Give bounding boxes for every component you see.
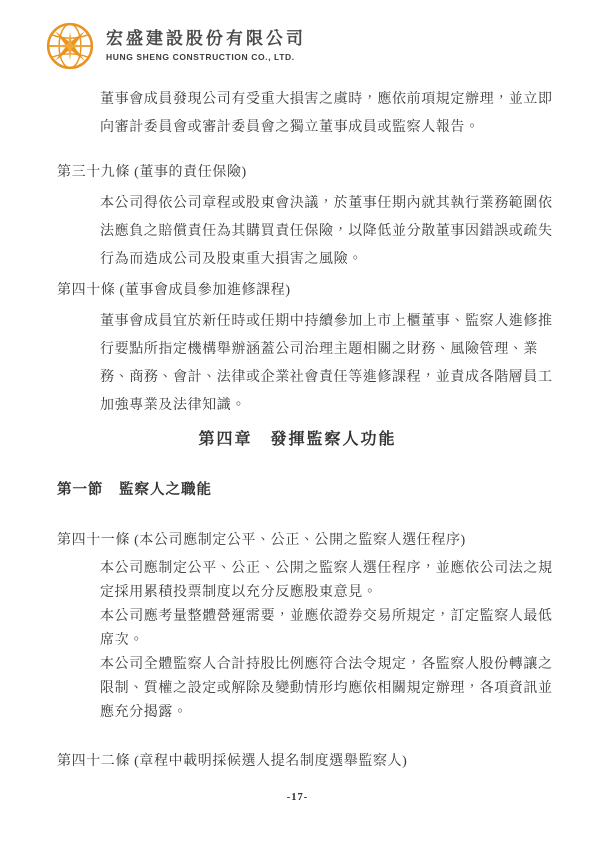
text-line: 應充分揭露。 [100,701,553,725]
article-40-heading: 第四十條 (董事會成員參加進修課程) [57,282,291,300]
document-page: 宏盛建設股份有限公司 HUNG SHENG CONSTRUCTION CO., … [0,0,595,842]
text-line: 董事會成員宜於新任時或任期中持續參加上市上櫃董事、監察人進修推 [100,308,553,336]
text-line: 行要點所指定機構舉辦涵蓋公司治理主題相關之財務、風險管理、業 [100,336,553,364]
text-line: 行為而造成公司及股東重大損害之風險。 [100,246,553,274]
text-line: 席次。 [100,629,553,653]
paragraph-intro: 董事會成員發現公司有受重大損害之虞時，應依前項規定辦理，並立即 向審計委員會或審… [100,86,553,142]
section-title: 第一節 監察人之職能 [57,478,212,499]
text-line: 向審計委員會或審計委員會之獨立董事成員或監察人報告。 [100,114,553,142]
article-41-heading: 第四十一條 (本公司應制定公平、公正、公開之監察人選任程序) [57,532,466,550]
text-line: 務、商務、會計、法律或企業社會責任等進修課程，並責成各階層員工 [100,364,553,392]
article-39-body: 本公司得依公司章程或股東會決議，於董事任期內就其執行業務範圍依 法應負之賠償責任… [100,190,553,274]
article-39-heading: 第三十九條 (董事的責任保險) [57,164,247,182]
text-line: 法應負之賠償責任為其購買責任保險，以降低並分散董事因錯誤或疏失 [100,218,553,246]
article-42-heading: 第四十二條 (章程中載明採候選人提名制度選舉監察人) [57,753,407,771]
page-number: -17- [0,792,595,803]
article-40-body: 董事會成員宜於新任時或任期中持續參加上市上櫃董事、監察人進修推 行要點所指定機構… [100,308,553,420]
text-line: 本公司應考量整體營運需要，並應依證券交易所規定，訂定監察人最低 [100,605,553,629]
text-line: 本公司應制定公平、公正、公開之監察人選任程序，並應依公司法之規 [100,557,553,581]
text-line: 加強專業及法律知識。 [100,392,553,420]
company-name-zh: 宏盛建設股份有限公司 [106,24,306,49]
article-41-body: 本公司應制定公平、公正、公開之監察人選任程序，並應依公司法之規 定採用累積投票制… [100,557,553,725]
chapter-title: 第四章 發揮監察人功能 [0,426,595,449]
text-line: 定採用累積投票制度以充分反應股東意見。 [100,581,553,605]
text-line: 本公司全體監察人合計持股比例應符合法令規定，各監察人股份轉讓之 [100,653,553,677]
letterhead: 宏盛建設股份有限公司 HUNG SHENG CONSTRUCTION CO., … [44,20,306,72]
text-line: 限制、質權之設定或解除及變動情形均應依相關規定辦理，各項資訊並 [100,677,553,701]
company-names: 宏盛建設股份有限公司 HUNG SHENG CONSTRUCTION CO., … [106,20,306,62]
text-line: 董事會成員發現公司有受重大損害之虞時，應依前項規定辦理，並立即 [100,86,553,114]
company-name-en: HUNG SHENG CONSTRUCTION CO., LTD. [106,52,306,62]
text-line: 本公司得依公司章程或股東會決議，於董事任期內就其執行業務範圍依 [100,190,553,218]
globe-compass-logo-icon [44,20,96,72]
